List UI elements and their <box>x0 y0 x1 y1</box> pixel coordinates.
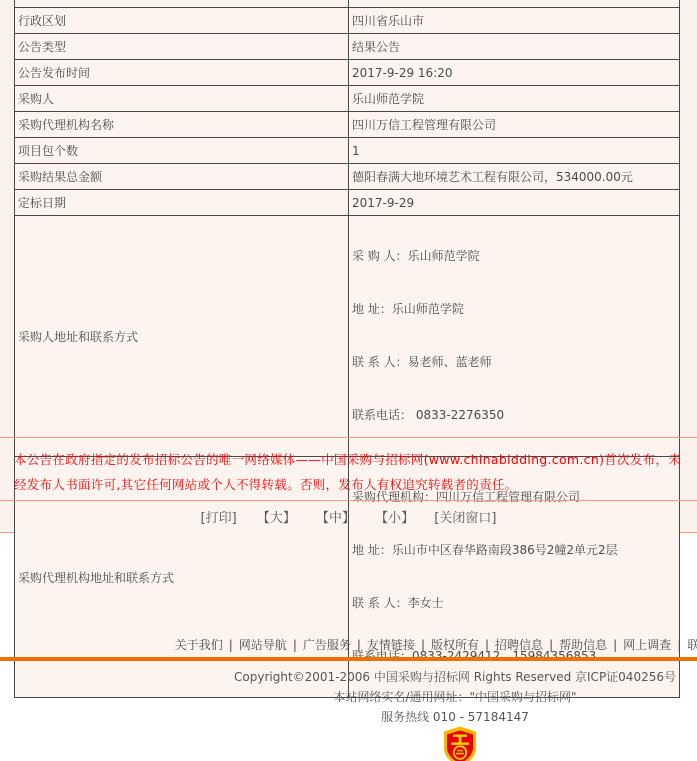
disclaimer-text: 本公告在政府指定的发布招标公告的唯一网络媒体——中国采购与招标网(www.chi… <box>14 447 684 497</box>
table-row-label: 项目包个数 <box>15 138 349 164</box>
print-toolbar: [打印] 【大】 【中】 【小】 [关闭窗口] <box>0 505 697 532</box>
font-medium-button[interactable]: 【中】 <box>316 511 355 526</box>
table-row: 采购人地址和联系方式 采 购 人：乐山师范学院 地 址：乐山师范学院 联 系 人… <box>15 216 680 457</box>
table-row-value: 四川省乐山市 <box>349 8 680 34</box>
table-row-label: 采购人地址和联系方式 <box>15 216 349 457</box>
contact-line: 地 址：乐山市中区春华路南段386号2幢2单元2层 <box>352 538 675 563</box>
contact-line: 联 系 人：易老师、蓝老师 <box>352 350 675 375</box>
table-row-label: 公告发布时间 <box>15 60 349 86</box>
footer-link-friends[interactable]: 友情链接 <box>361 638 421 652</box>
footer-nav: 关于我们|网站导航|广告服务|友情链接|版权所有|招聘信息|帮助信息|网上调查|… <box>0 636 697 653</box>
section-divider <box>0 437 697 438</box>
table-row-label: 定标日期 <box>15 190 349 216</box>
table-row-value: 采 购 人：乐山师范学院 地 址：乐山师范学院 联 系 人：易老师、蓝老师 联系… <box>349 216 680 457</box>
footer-link-survey[interactable]: 网上调查 <box>617 638 677 652</box>
footer-copyright-block: Copyright©2001-2006 中国采购与招标网 Rights Rese… <box>0 667 697 727</box>
table-row-value: 1 <box>349 138 680 164</box>
table-row-label: 行政区划 <box>15 8 349 34</box>
table-row-label: 采购代理机构名称 <box>15 112 349 138</box>
table-row-value: 结果公告 <box>349 34 680 60</box>
footer-link-about[interactable]: 关于我们 <box>169 638 229 652</box>
contact-line: 联 系 人：李女士 <box>352 591 675 616</box>
footer-orange-bar <box>0 657 697 661</box>
empty-cell <box>15 0 349 8</box>
red-shield-badge-icon <box>442 726 478 761</box>
table-row: 定标日期 2017-9-29 <box>15 190 680 216</box>
table-row-value: 乐山师范学院 <box>349 86 680 112</box>
copyright-text: Copyright©2001-2006 中国采购与招标网 Rights Rese… <box>0 667 697 687</box>
announcement-page: 行政区划 四川省乐山市 公告类型 结果公告 公告发布时间 2017-9-29 1… <box>0 0 697 761</box>
table-row-label: 公告类型 <box>15 34 349 60</box>
table-row-value: 2017-9-29 <box>349 190 680 216</box>
empty-cell <box>349 0 680 8</box>
table-row-label: 采购人 <box>15 86 349 112</box>
print-button[interactable]: [打印] <box>201 511 237 526</box>
close-window-button[interactable]: [关闭窗口] <box>434 511 496 526</box>
table-row: 采购人 乐山师范学院 <box>15 86 680 112</box>
contact-line: 采 购 人：乐山师范学院 <box>352 244 675 269</box>
table-row-clipped <box>15 0 680 8</box>
footer-link-sitemap[interactable]: 网站导航 <box>233 638 293 652</box>
footer-link-help[interactable]: 帮助信息 <box>553 638 613 652</box>
table-row-value: 2017-9-29 16:20 <box>349 60 680 86</box>
announcement-detail-table: 行政区划 四川省乐山市 公告类型 结果公告 公告发布时间 2017-9-29 1… <box>14 0 680 698</box>
site-name-text: 本站网络实名/通用网址："中国采购与招标网" <box>0 687 697 707</box>
contact-line: 地 址：乐山师范学院 <box>352 297 675 322</box>
footer-link-contact[interactable]: 联系我们 <box>681 638 697 652</box>
table-row: 公告类型 结果公告 <box>15 34 680 60</box>
table-row-value: 德阳春满大地环境艺术工程有限公司，534000.00元 <box>349 164 680 190</box>
font-large-button[interactable]: 【大】 <box>257 511 296 526</box>
section-divider <box>0 500 697 501</box>
font-small-button[interactable]: 【小】 <box>375 511 414 526</box>
table-row: 行政区划 四川省乐山市 <box>15 8 680 34</box>
table-row-label: 采购结果总金额 <box>15 164 349 190</box>
hotline-text: 服务热线 010 - 57184147 <box>0 707 697 727</box>
footer-link-copyright[interactable]: 版权所有 <box>425 638 485 652</box>
contact-line: 联系电话： 0833-2276350 <box>352 403 675 428</box>
table-row-value: 四川万信工程管理有限公司 <box>349 112 680 138</box>
footer-link-ads[interactable]: 广告服务 <box>297 638 357 652</box>
table-row: 项目包个数 1 <box>15 138 680 164</box>
table-row: 公告发布时间 2017-9-29 16:20 <box>15 60 680 86</box>
table-row: 采购结果总金额 德阳春满大地环境艺术工程有限公司，534000.00元 <box>15 164 680 190</box>
footer-link-jobs[interactable]: 招聘信息 <box>489 638 549 652</box>
table-row: 采购代理机构名称 四川万信工程管理有限公司 <box>15 112 680 138</box>
